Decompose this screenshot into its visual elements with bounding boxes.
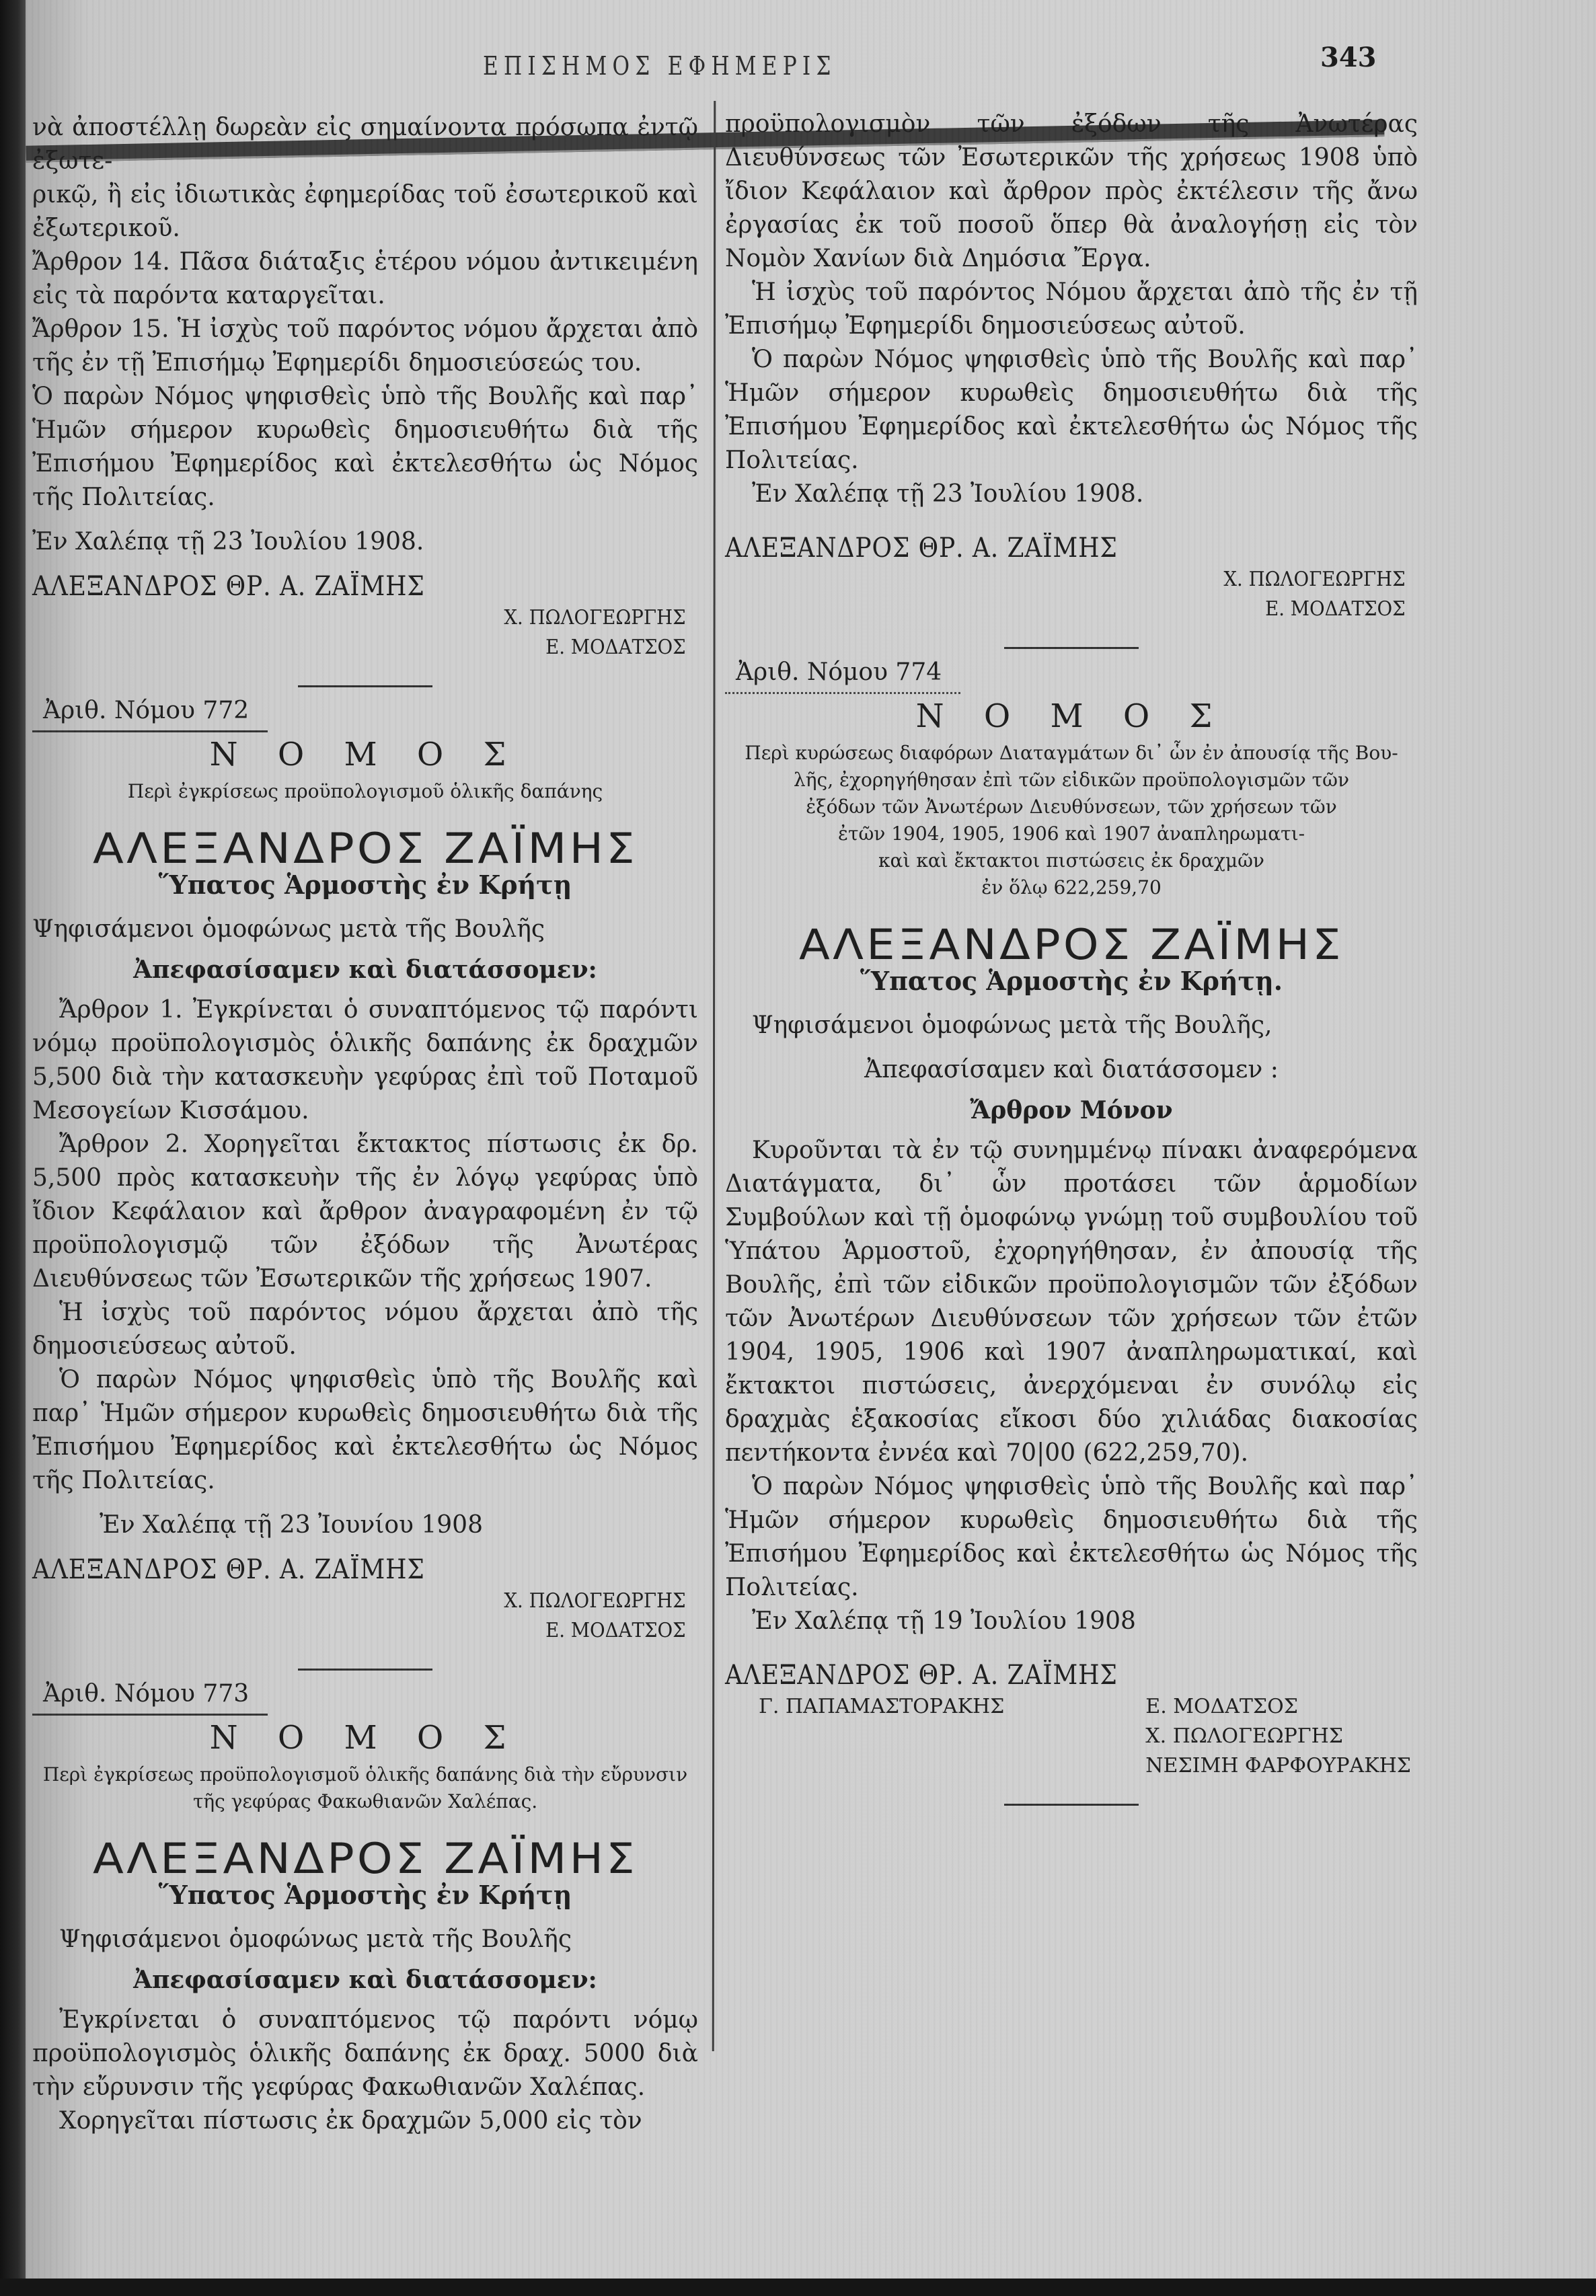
law-heading: Ν Ο Μ Ο Σ [32, 1721, 698, 1755]
closing-formula: Ὁ παρὼν Νόμος ψηφισθεὶς ὑπὸ τῆς Βουλῆς κ… [32, 380, 698, 514]
continuation-line-1: νὰ ἀποστέλλῃ δωρεὰν εἰς σημαίνοντα πρόσω… [32, 111, 698, 178]
law-subject: Περὶ ἐγκρίσεως προϋπολογισμοῦ ὁλικῆς δαπ… [32, 1761, 698, 1815]
cosigner: Χ. ΠΩΛΟΓΕΩΡΓΗΣ [85, 603, 698, 633]
cosigner: Γ. ΠΑΠΑΜΑΣΤΟΡΑΚΗΣ [759, 1692, 1004, 1722]
right-column: προϋπολογισμὸν τῶν ἐξόδων τῆς Ἀνωτέρας Δ… [725, 108, 1418, 1812]
issuer-name: ΑΛΕΞΑΝΔΡΟΣ ΖΑΪΜΗΣ [697, 928, 1445, 962]
signing-date: Ἐν Χαλέπᾳ τῇ 23 Ἰουλίου 1908. [32, 525, 698, 559]
cosigner: Ε. ΜΟΔΑΤΣΟΣ [85, 1616, 698, 1646]
law-body-credit: Χορηγεῖται πίστωσις ἐκ δραχμῶν 5,000 εἰς… [32, 2104, 698, 2138]
closing-formula: Ὁ παρὼν Νόμος ψηφισθεὶς ὑπὸ τῆς Βουλῆς κ… [725, 343, 1418, 477]
decree-formula: Ἀπεφασίσαμεν καὶ διατάσσομεν: [32, 953, 698, 987]
law-subject-line: Περὶ κυρώσεως διαφόρων Διαταγμάτων δι᾽ ὧ… [725, 740, 1418, 767]
cosigner: Χ. ΠΩΛΟΓΕΩΡΓΗΣ [85, 1586, 698, 1616]
law-number-772: Ἀριθ. Νόμου 772 [32, 694, 268, 732]
cosigner: Ε. ΜΟΔΑΤΣΟΣ [780, 595, 1418, 624]
section-separator [1004, 1804, 1139, 1806]
law-subject-line: ἐν ὅλῳ 622,259,70 [725, 874, 1418, 901]
page-header: ΕΠΙΣΗΜΟΣ ΕΦΗΜΕΡΙΣ 343 [26, 40, 1438, 94]
left-column: νὰ ἀποστέλλῃ δωρεὰν εἰς σημαίνοντα πρόσω… [32, 111, 698, 2138]
cosigner: Χ. ΠΩΛΟΓΕΩΡΓΗΣ [1145, 1722, 1411, 1751]
law-subject: Περὶ ἐγκρίσεως προϋπολογισμοῦ ὁλικῆς δαπ… [32, 778, 698, 805]
closing-formula: Ὁ παρὼν Νόμος ψηφισθεὶς ὑπὸ τῆς Βουλῆς κ… [32, 1363, 698, 1498]
sole-article-heading: Ἄρθρον Μόνον [725, 1094, 1418, 1127]
validity-clause: Ἡ ἰσχὺς τοῦ παρόντος Νόμου ἄρχεται ἀπὸ τ… [725, 276, 1418, 343]
law-heading: Ν Ο Μ Ο Σ [725, 699, 1418, 733]
law773-body-continued: προϋπολογισμὸν τῶν ἐξόδων τῆς Ἀνωτέρας Δ… [725, 108, 1418, 276]
signatory: ΑΛΕΞΑΝΔΡΟΣ ΘΡ. Α. ΖΑΪΜΗΣ [725, 531, 1348, 565]
continuation-line-2: ρικῷ, ἢ εἰς ἰδιωτικὰς ἐφημερίδας τοῦ ἐσω… [32, 178, 698, 245]
article-14: Ἄρθρον 14. Πᾶσα διάταξις ἑτέρου νόμου ἀν… [32, 245, 698, 313]
law-subject-line: ἐτῶν 1904, 1905, 1906 καὶ 1907 ἀναπληρωμ… [725, 820, 1418, 847]
signatory: ΑΛΕΞΑΝΔΡΟΣ ΘΡ. Α. ΖΑΪΜΗΣ [32, 1553, 632, 1586]
signing-date: Ἐν Χαλέπᾳ τῇ 23 Ἰουνίου 1908 [32, 1508, 698, 1542]
signatory: ΑΛΕΞΑΝΔΡΟΣ ΘΡ. Α. ΖΑΪΜΗΣ [725, 1658, 1348, 1692]
decree-formula: Ἀπεφασίσαμεν καὶ διατάσσομεν : [725, 1053, 1418, 1087]
article-2: Ἄρθρον 2. Χορηγεῖται ἔκτακτος πίστωσις ἐ… [32, 1128, 698, 1296]
gazette-title: ΕΠΙΣΗΜΟΣ ΕΦΗΜΕΡΙΣ [483, 51, 837, 81]
cosigners-block: Γ. ΠΑΠΑΜΑΣΤΟΡΑΚΗΣ Ε. ΜΟΔΑΤΣΟΣ Χ. ΠΩΛΟΓΕΩ… [725, 1692, 1418, 1781]
cosigner: ΝΕΣΙΜΗ ΦΑΡΦΟΥΡΑΚΗΣ [1145, 1751, 1411, 1781]
signing-date: Ἐν Χαλέπᾳ τῇ 23 Ἰουλίου 1908. [725, 477, 1418, 511]
law-subject-line: καὶ καὶ ἔκτακτοι πιστώσεις ἐκ δραχμῶν [725, 847, 1418, 874]
law-subject-line: ἐξόδων τῶν Ἀνωτέρων Διευθύνσεων, τῶν χρή… [725, 794, 1418, 820]
issuer-title: Ὕπατος Ἁρμοστὴς ἐν Κρήτῃ [32, 868, 698, 902]
issuer-name: ΑΛΕΞΑΝΔΡΟΣ ΖΑΪΜΗΣ [5, 832, 724, 866]
cosigner: Ε. ΜΟΔΑΤΣΟΣ [1145, 1692, 1411, 1722]
page-bottom-shadow [0, 2279, 1596, 2296]
page-number: 343 [1320, 42, 1377, 73]
law-body: Κυροῦνται τὰ ἐν τῷ συνημμένῳ πίνακι ἀναφ… [725, 1134, 1418, 1470]
cosigner: Ε. ΜΟΔΑΤΣΟΣ [85, 633, 698, 662]
cosigner: Χ. ΠΩΛΟΓΕΩΡΓΗΣ [780, 565, 1418, 595]
issuer-title: Ὕπατος Ἁρμοστὴς ἐν Κρήτῃ. [725, 964, 1418, 998]
closing-formula: Ὁ παρὼν Νόμος ψηφισθεὶς ὑπὸ τῆς Βουλῆς κ… [725, 1470, 1418, 1605]
section-separator [298, 1669, 432, 1671]
validity-clause: Ἡ ἰσχὺς τοῦ παρόντος νόμου ἄρχεται ἀπὸ τ… [32, 1296, 698, 1363]
section-separator [1004, 647, 1139, 649]
preamble: Ψηφισάμενοι ὁμοφώνως μετὰ τῆς Βουλῆς [32, 1923, 698, 1956]
preamble: Ψηφισάμενοι ὁμοφώνως μετὰ τῆς Βουλῆς [32, 913, 698, 946]
column-divider [712, 101, 716, 2051]
article-15: Ἄρθρον 15. Ἡ ἰσχὺς τοῦ παρόντος νόμου ἄρ… [32, 313, 698, 380]
law-number-774: Ἀριθ. Νόμου 774 [725, 656, 960, 694]
book-spine-shadow [0, 0, 26, 2296]
law-number-773: Ἀριθ. Νόμου 773 [32, 1677, 268, 1716]
issuer-title: Ὕπατος Ἁρμοστὴς ἐν Κρήτῃ [32, 1878, 698, 1912]
preamble: Ψηφισάμενοι ὁμοφώνως μετὰ τῆς Βουλῆς, [725, 1009, 1418, 1042]
section-separator [298, 685, 432, 687]
signing-date: Ἐν Χαλέπᾳ τῇ 19 Ἰουλίου 1908 [725, 1605, 1418, 1638]
law-subject-line: λῆς, ἐχορηγήθησαν ἐπὶ τῶν εἰδικῶν προϋπο… [725, 767, 1418, 794]
decree-formula: Ἀπεφασίσαμεν καὶ διατάσσομεν: [32, 1963, 698, 1997]
signatory: ΑΛΕΞΑΝΔΡΟΣ ΘΡ. Α. ΖΑΪΜΗΣ [32, 570, 632, 603]
article-1: Ἄρθρον 1. Ἐγκρίνεται ὁ συναπτόμενος τῷ π… [32, 993, 698, 1128]
law-heading: Ν Ο Μ Ο Σ [32, 738, 698, 771]
issuer-name: ΑΛΕΞΑΝΔΡΟΣ ΖΑΪΜΗΣ [5, 1842, 724, 1876]
gazette-page: ΕΠΙΣΗΜΟΣ ΕΦΗΜΕΡΙΣ 343 νὰ ἀποστέλλῃ δωρεὰ… [26, 0, 1596, 2280]
law-body: Ἐγκρίνεται ὁ συναπτόμενος τῷ παρόντι νόμ… [32, 2003, 698, 2104]
